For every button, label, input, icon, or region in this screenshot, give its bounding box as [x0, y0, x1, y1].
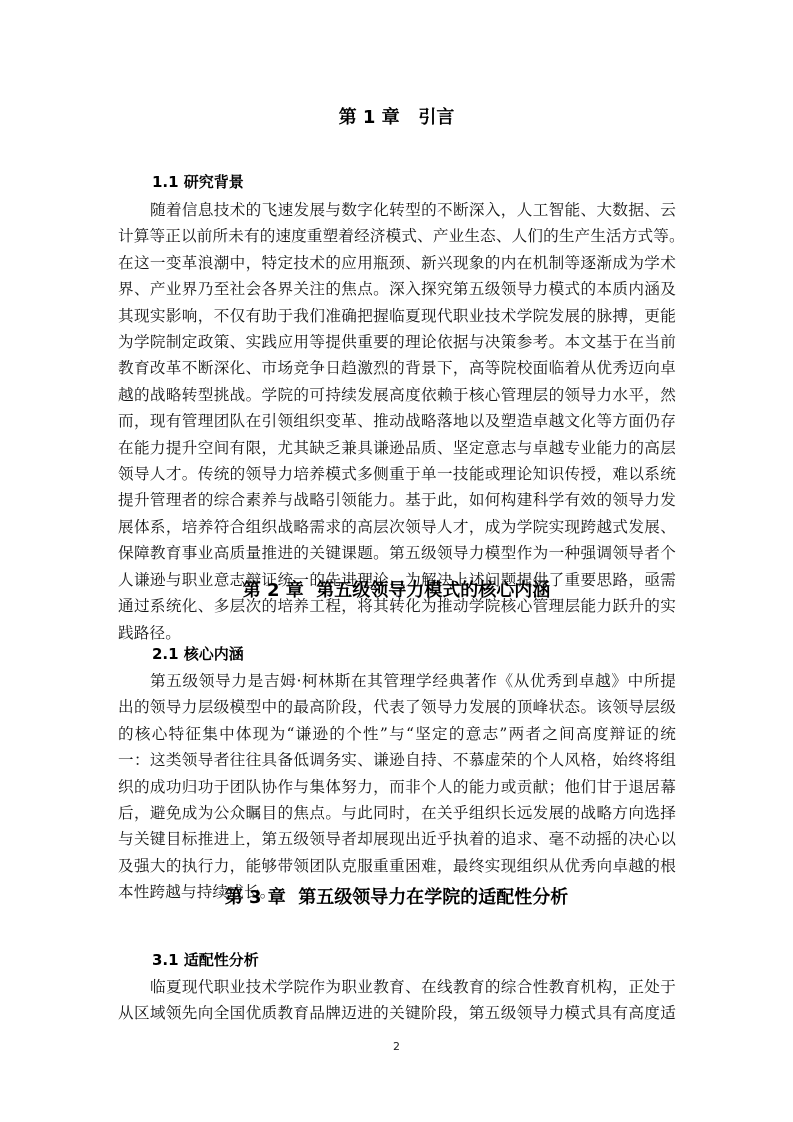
paragraph-line: 出的领导力层级模型中的最高阶段，代表了领导力发展的顶峰状态。该领导层级	[118, 694, 676, 720]
paragraph-line: 后，避免成为公众瞩目的焦点。与此同时，在关乎组织长远发展的战略方向选择	[118, 800, 676, 826]
paragraph-line: 展体系，培养符合组织战略需求的高层次领导人才，成为学院实现跨越式发展、	[118, 514, 676, 540]
paragraph-line: 越的战略转型挑战。学院的可持续发展高度依赖于核心管理层的领导力水平，然	[118, 382, 676, 408]
paragraph-line: 的核心特征集中体现为“谦逊的个性”与“坚定的意志”两者之间高度辩证的统	[118, 721, 676, 747]
page-number: 2	[0, 1040, 793, 1053]
chapter-1-title: 第 1 章 引言	[0, 106, 793, 130]
chapter-2-title: 第 2 章 第五级领导力模式的核心内涵	[0, 579, 793, 603]
paragraph-line: 领导人才。传统的领导力培养模式多侧重于单一技能或理论知识传授，难以系统	[118, 461, 676, 487]
paragraph-line: 第五级领导力是吉姆·柯林斯在其管理学经典著作《从优秀到卓越》中所提	[118, 668, 676, 694]
paragraph-line: 提升管理者的综合素养与战略引领能力。基于此，如何构建科学有效的领导力发	[118, 487, 676, 513]
paragraph-line: 计算等正以前所未有的速度重塑着经济模式、产业生态、人们的生产生活方式等。	[118, 223, 676, 249]
paragraph-line: 践路径。	[118, 620, 676, 646]
paragraph-line: 一：这类领导者往往具备低调务实、谦逊自持、不慕虚荣的个人风格，始终将组	[118, 747, 676, 773]
section-2-1-title: 2.1 核心内涵	[152, 644, 244, 664]
chapter-3-title: 第 3 章 第五级领导力在学院的适配性分析	[0, 886, 793, 910]
paragraph-line: 及强大的执行力，能够带领团队克服重重困难，最终实现组织从优秀向卓越的根	[118, 853, 676, 879]
paragraph-line: 在这一变革浪潮中，特定技术的应用瓶颈、新兴现象的内在机制等逐渐成为学术	[118, 250, 676, 276]
paragraph-line: 界、产业界乃至社会各界关注的焦点。深入探究第五级领导力模式的本质内涵及	[118, 276, 676, 302]
paragraph-line: 教育改革不断深化、市场竞争日趋激烈的背景下，高等院校面临着从优秀迈向卓	[118, 355, 676, 381]
paragraph-line: 其现实影响，不仅有助于我们准确把握临夏现代职业技术学院发展的脉搏，更能	[118, 303, 676, 329]
section-3-1-paragraph: 临夏现代职业技术学院作为职业教育、在线教育的综合性教育机构，正处于 从区域领先向…	[118, 974, 676, 1027]
paragraph-line: 临夏现代职业技术学院作为职业教育、在线教育的综合性教育机构，正处于	[118, 974, 676, 1000]
paragraph-line: 随着信息技术的飞速发展与数字化转型的不断深入，人工智能、大数据、云	[118, 197, 676, 223]
document-page: 第 1 章 引言 1.1 研究背景 随着信息技术的飞速发展与数字化转型的不断深入…	[0, 0, 793, 1122]
paragraph-line: 在能力提升空间有限，尤其缺乏兼具谦逊品质、坚定意志与卓越专业能力的高层	[118, 435, 676, 461]
paragraph-line: 为学院制定政策、实践应用等提供重要的理论依据与决策参考。本文基于在当前	[118, 329, 676, 355]
section-1-1-title: 1.1 研究背景	[152, 172, 244, 192]
paragraph-line: 织的成功归功于团队协作与集体努力，而非个人的能力或贡献；他们甘于退居幕	[118, 774, 676, 800]
paragraph-line: 而，现有管理团队在引领组织变革、推动战略落地以及塑造卓越文化等方面仍存	[118, 408, 676, 434]
paragraph-line: 保障教育事业高质量推进的关键课题。第五级领导力模型作为一种强调领导者个	[118, 540, 676, 566]
section-3-1-title: 3.1 适配性分析	[152, 950, 259, 970]
section-2-1-paragraph: 第五级领导力是吉姆·柯林斯在其管理学经典著作《从优秀到卓越》中所提 出的领导力层…	[118, 668, 676, 906]
paragraph-line: 从区域领先向全国优质教育品牌迈进的关键阶段，第五级领导力模式具有高度适	[118, 1000, 676, 1026]
paragraph-line: 与关键目标推进上，第五级领导者却展现出近乎执着的追求、毫不动摇的决心以	[118, 826, 676, 852]
